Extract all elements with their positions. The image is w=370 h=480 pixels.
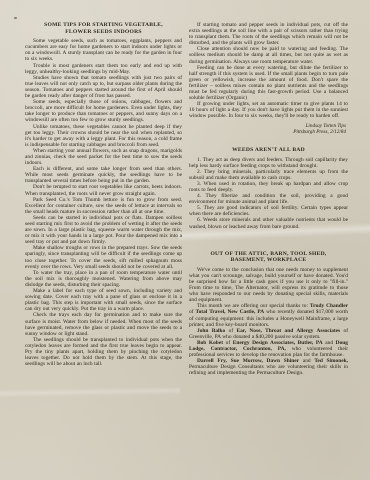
paragraph: Make a label for each type of seed sown,… <box>25 288 182 312</box>
article-title: SOME TIPS FOR STARTING VEGETABLE, FLOWER… <box>25 22 182 35</box>
paragraph: Check the trays each day for germination… <box>25 312 182 336</box>
paragraph: Unlike tomatoes, these vegetables cannot… <box>25 124 182 148</box>
article-title-line2: FLOWER SEEDS INDOORS <box>65 29 142 35</box>
paragraph: Trouble is most gardeners start them too… <box>25 63 182 75</box>
attic-section-heading: OUT OF THE ATTIC, BARN, TOOL SHED, BASEM… <box>189 251 348 264</box>
attribution-source: Pittsburgh Press, 2/12/84 <box>293 129 346 135</box>
paragraph: To water the tray, place in a pan of roo… <box>25 270 182 288</box>
attic-heading-line1: OUT OF THE ATTIC, BARN, TOOL SHED, <box>210 251 326 257</box>
right-column: If starting tomato and pepper seeds in i… <box>189 22 348 377</box>
thanks-paragraph: John Balko of Ear, Nose, Throat and Alle… <box>189 328 348 340</box>
weeds-list-item: 5. They are good indicators of soil fert… <box>189 205 348 217</box>
attribution: Lindsay Totten Tips Pittsburgh Press, 2/… <box>189 123 346 135</box>
weeds-list-item: 3. When used in rotation, they break up … <box>189 181 348 193</box>
article-title-line1: SOME TIPS FOR STARTING VEGETABLE, <box>44 22 163 28</box>
paragraph: Seeds can be started in individual pots … <box>25 215 182 245</box>
paragraph: Some vegetable seeds, such as tomatoes, … <box>25 38 182 62</box>
weeds-section-heading: WEEDS AREN'T ALL BAD <box>189 147 348 154</box>
paragraph: Don't be tempted to start root vegetable… <box>25 184 182 196</box>
attic-heading-line2: BASEMENT, WORKPLACE <box>231 257 307 263</box>
left-column: SOME TIPS FOR STARTING VEGETABLE, FLOWER… <box>25 22 182 367</box>
thanks-paragraph: This month we are offering our special t… <box>189 303 348 327</box>
paragraph: Studies have shown that tomato seedlings… <box>25 75 182 99</box>
paragraph: When starting your annual flowers, such … <box>25 148 182 166</box>
weeds-list-item: 2. They bring minerals, particularly tra… <box>189 169 348 181</box>
paragraph: Feeding can be done at every watering, b… <box>189 65 348 102</box>
scan-speck <box>14 17 17 19</box>
paragraph: Each is different, and some take longer … <box>25 166 182 184</box>
paragraph: We've come to the conclusion that one ne… <box>189 267 348 304</box>
weeds-list-item: 6. Weeds store minerals and other valuab… <box>189 217 348 229</box>
attribution-author: Lindsay Totten Tips <box>306 123 346 129</box>
thanks-paragraph: Bob Kobet of Energy Design Associates, B… <box>189 340 348 358</box>
paragraph: Park Seed Co.'s Tom Thumb lettuce is fun… <box>25 197 182 215</box>
paragraph: If growing under lights, set an automati… <box>189 101 348 119</box>
scanned-newsletter-page: SOME TIPS FOR STARTING VEGETABLE, FLOWER… <box>0 0 370 480</box>
thanks-paragraph: Darrell Fry, Sue Morrow, Dawn Shiner and… <box>189 358 348 376</box>
paragraph: Some seeds, especially those of onions, … <box>25 99 182 123</box>
scan-crease <box>0 386 180 397</box>
weeds-list-item: 4. They fiberize and condition the soil,… <box>189 193 348 205</box>
paragraph: The seedlings should be transplanted to … <box>25 337 182 367</box>
weeds-list-item: 1. They act as deep divers and feeders. … <box>189 157 348 169</box>
paragraph: Close attention should now be paid to wa… <box>189 46 348 64</box>
paragraph: If starting tomato and pepper seeds in i… <box>189 22 348 46</box>
paragraph: Make shallow troughs or rows in the prep… <box>25 245 182 269</box>
